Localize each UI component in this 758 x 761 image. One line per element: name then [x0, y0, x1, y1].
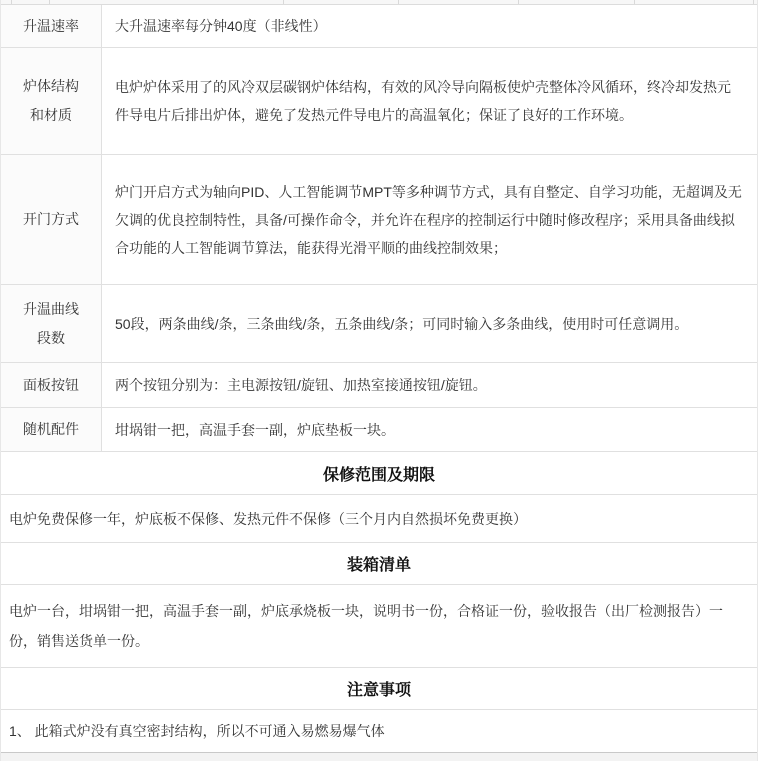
spec-value: 电炉炉体采用了的风冷双层碳钢炉体结构，有效的风冷导向隔板使炉壳整体冷风循环，终冷…: [102, 48, 757, 154]
column-divider: [634, 0, 635, 4]
spec-row-panel-buttons: 面板按钮 两个按钮分别为：主电源按钮/旋钮、加热室接通按钮/旋钮。: [1, 363, 757, 408]
spec-label-text: 升温曲线段数: [21, 295, 81, 353]
spec-label: 炉体结构和材质: [1, 48, 102, 154]
spec-label-text: 随机配件: [23, 415, 79, 444]
spec-row-heating-rate: 升温速率 大升温速率每分钟40度（非线性）: [1, 5, 757, 48]
section-title-text: 注意事项: [347, 677, 411, 700]
spec-label: 开门方式: [1, 155, 102, 284]
table-fragment-top: [1, 0, 757, 5]
spec-label-text: 升温速率: [23, 12, 79, 41]
spec-label-text: 炉体结构和材质: [21, 72, 81, 130]
table-fragment-bottom: [1, 753, 757, 761]
spec-row-door-mode: 开门方式 炉门开启方式为轴向PID、人工智能调节MPT等多种调节方式，具有自整定…: [1, 155, 757, 285]
column-divider: [753, 0, 754, 4]
spec-label-text: 开门方式: [23, 205, 79, 234]
column-divider: [518, 0, 519, 4]
section-content-precautions: 1、 此箱式炉没有真空密封结构，所以不可通入易燃易爆气体: [1, 710, 757, 753]
column-divider: [283, 0, 284, 4]
column-divider: [49, 0, 50, 4]
spec-value: 50段，两条曲线/条，三条曲线/条，五条曲线/条；可同时输入多条曲线，使用时可任…: [102, 285, 757, 362]
column-divider: [398, 0, 399, 4]
section-content-warranty: 电炉免费保修一年，炉底板不保修、发热元件不保修（三个月内自然损坏免费更换）: [1, 495, 757, 543]
spec-label: 随机配件: [1, 408, 102, 451]
spec-label: 升温速率: [1, 5, 102, 47]
spec-value: 坩埚钳一把，高温手套一副，炉底垫板一块。: [102, 408, 757, 451]
spec-label: 面板按钮: [1, 363, 102, 407]
spec-row-curve-segments: 升温曲线段数 50段，两条曲线/条，三条曲线/条，五条曲线/条；可同时输入多条曲…: [1, 285, 757, 363]
spec-label-text: 面板按钮: [23, 371, 79, 400]
spec-value: 大升温速率每分钟40度（非线性）: [102, 5, 757, 47]
section-title-packing-list: 装箱清单: [1, 543, 757, 585]
product-spec-page: 升温速率 大升温速率每分钟40度（非线性） 炉体结构和材质 电炉炉体采用了的风冷…: [0, 0, 758, 761]
column-divider: [11, 0, 12, 4]
section-title-warranty: 保修范围及期限: [1, 452, 757, 495]
spec-value: 两个按钮分别为：主电源按钮/旋钮、加热室接通按钮/旋钮。: [102, 363, 757, 407]
section-title-text: 保修范围及期限: [323, 462, 435, 485]
spec-row-furnace-structure: 炉体结构和材质 电炉炉体采用了的风冷双层碳钢炉体结构，有效的风冷导向隔板使炉壳整…: [1, 48, 757, 155]
section-title-text: 装箱清单: [347, 552, 411, 575]
section-content-packing-list: 电炉一台，坩埚钳一把，高温手套一副，炉底承烧板一块，说明书一份，合格证一份，验收…: [1, 585, 757, 668]
spec-label: 升温曲线段数: [1, 285, 102, 362]
spec-row-accessories: 随机配件 坩埚钳一把，高温手套一副，炉底垫板一块。: [1, 408, 757, 452]
section-title-precautions: 注意事项: [1, 668, 757, 710]
spec-value: 炉门开启方式为轴向PID、人工智能调节MPT等多种调节方式，具有自整定、自学习功…: [102, 155, 757, 284]
